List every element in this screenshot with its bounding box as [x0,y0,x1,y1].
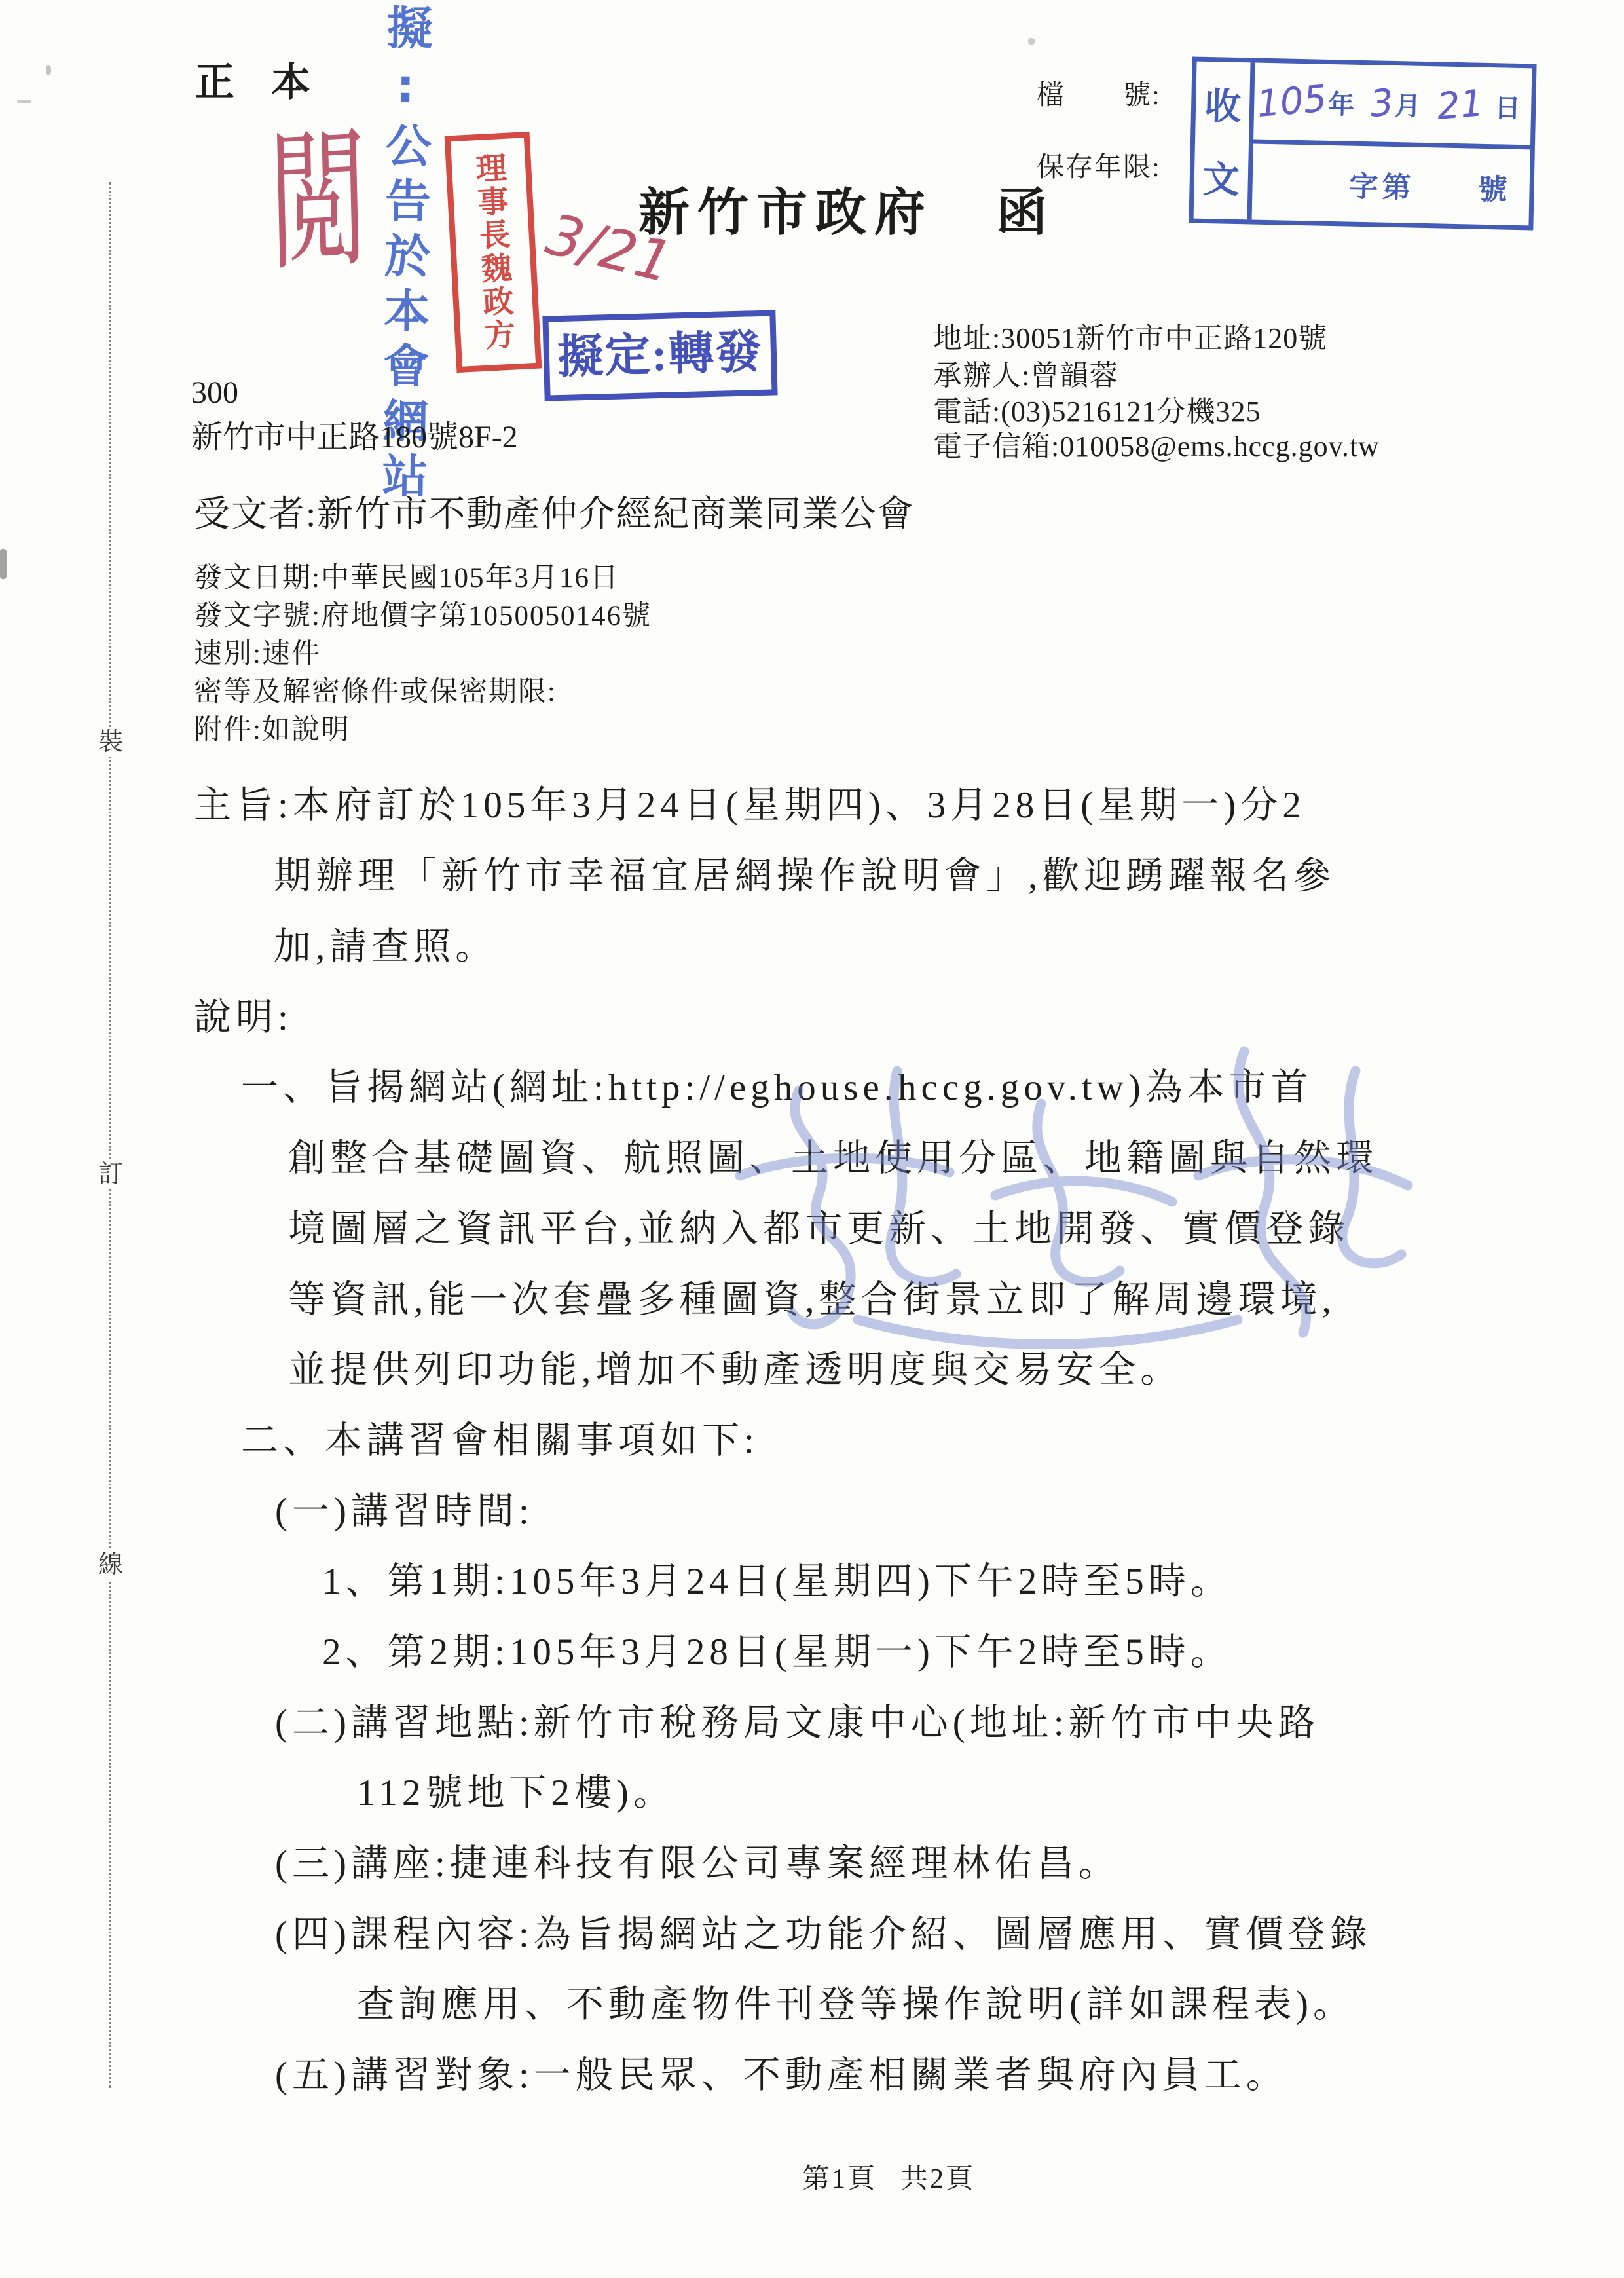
meta-priority: 速別:速件 [194,631,321,671]
explanation-item1-line-2: 創整合基礎圖資、航照圖、土地使用分區、地籍圖與自然環 [288,1128,1378,1182]
receipt-word-label: 字第 [1349,162,1415,206]
receipt-month-handwritten: 3 [1369,81,1395,126]
explanation-item1-line-3: 境圖層之資訊平台,並納入都市更新、土地開發、實價登錄 [288,1199,1350,1252]
issuing-org-name: 新竹市政府 [638,184,933,241]
sender-email: 電子信箱:010058@ems.hccg.gov.tw [933,422,1380,464]
explanation-item2: 二、本講習會相關事項如下: [241,1410,759,1464]
subject-line-2: 期辦理「新竹市幸福宜居網操作說明會」,歡迎踴躍報名參 [274,846,1335,899]
receipt-year-unit: 年 [1328,84,1355,122]
retention-period-label: 保存年限: [1037,145,1161,185]
sub-item-course-line-1: (四)課程內容:為旨揭網站之功能介紹、圖層應用、實價登錄 [275,1904,1372,1958]
sender-address: 地址:30051新竹市中正路120號 [933,314,1327,356]
subject-line-1: 主旨:本府訂於105年3月24日(星期四)、3月28日(星期一)分2 [194,775,1306,829]
sub-item-location-line-2: 112號地下2樓)。 [357,1763,675,1816]
scan-speck [1028,38,1035,45]
document-title: 新竹市政府函 [638,172,1055,245]
footer-current-page: 第1頁 [802,2164,877,2194]
explanation-item1-line-4: 等資訊,能一次套疊多種圖資,整合街景立即了解周邊環境, [288,1269,1336,1323]
sub-item-lecturer: (三)講座:捷連科技有限公司專案經理林佑昌。 [275,1833,1120,1887]
subject-line-3: 加,請查照。 [274,916,497,970]
receipt-day-unit: 日 [1494,87,1521,125]
sub-item-audience: (五)講習對象:一般民眾、不動產相關業者與府內員工。 [275,2045,1288,2099]
chairman-name-stamp: 理事長魏政方 [445,132,542,373]
receipt-stamp-date-row: 105 年 3 月 21 日 [1253,63,1532,149]
handwritten-review-mark: 閲 [267,123,369,280]
recipient-street-address: 新竹市中正路180號8F-2 [191,411,518,457]
scanned-official-letter-page: 裝 訂 線 正本 擬:公告於本會網站 閲 理事長魏政方 3/21 擬定:轉發 新… [0,0,1624,2278]
recipient-postal-code: 300 [191,375,238,411]
meta-doc-number: 發文字號:府地價字第1050050146號 [194,593,652,633]
recipient-addressee-line: 受文者:新竹市不動產仲介經紀商業同業公會 [194,485,914,536]
footer-total-pages: 共2頁 [900,2164,975,2194]
sub-item-course-line-2: 查詢應用、不動產物件刊登等操作說明(詳如課程表)。 [357,1974,1355,2028]
sub-item-session-2: 2、第2期:105年3月28日(星期一)下午2時至5時。 [322,1622,1232,1675]
receipt-stamp-right-area: 105 年 3 月 21 日 字第 號 [1252,63,1532,226]
scan-speck [17,100,31,103]
binding-mark-zhuang: 裝 [96,727,126,757]
binding-mark-xian: 線 [96,1550,126,1580]
copy-type-label: 正本 [195,51,347,107]
sub-item-session-1: 1、第1期:105年3月24日(星期四)下午2時至5時。 [322,1551,1232,1605]
receipt-stamp-char-shou: 收 [1204,77,1242,130]
receipt-stamp-number-row: 字第 號 [1252,143,1530,225]
receipt-day-handwritten: 21 [1435,82,1485,128]
receipt-number-label: 號 [1478,165,1511,208]
decision-stamp: 擬定:轉發 [542,310,777,401]
sub-item-location-line-1: (二)講習地點:新竹市稅務局文康中心(地址:新竹市中央路 [275,1692,1320,1746]
receipt-stamp-char-wen: 文 [1202,151,1240,204]
document-type-label: 函 [996,184,1055,241]
receipt-month-unit: 月 [1394,85,1421,123]
sub-item-time-label: (一)講習時間: [275,1481,534,1535]
page-footer: 第1頁共2頁 [802,2157,975,2196]
scan-speck [46,65,51,75]
binding-mark-ding: 訂 [96,1159,126,1189]
meta-attachment: 附件:如說明 [194,707,350,747]
binding-dotted-line [109,182,111,2088]
scan-speck [0,549,7,579]
file-number-label: 檔 號: [1037,73,1161,113]
meta-issue-date: 發文日期:中華民國105年3月16日 [194,555,619,595]
explanation-item1-line-5: 並提供列印功能,增加不動產透明度與交易安全。 [288,1339,1182,1393]
receipt-year-handwritten: 105 [1255,77,1329,126]
explanation-item1-line-1: 一、旨揭網站(網址:http://eghouse.hccg.gov.tw)為本市… [241,1057,1313,1111]
receipt-stamp-left-column: 收 文 [1194,62,1255,220]
receipt-stamp: 收 文 105 年 3 月 21 日 字第 號 [1189,57,1536,231]
meta-security: 密等及解密條件或保密期限: [194,669,557,709]
explanation-label: 說明: [194,987,293,1041]
chairman-stamp-text: 理事長魏政方 [466,151,521,353]
